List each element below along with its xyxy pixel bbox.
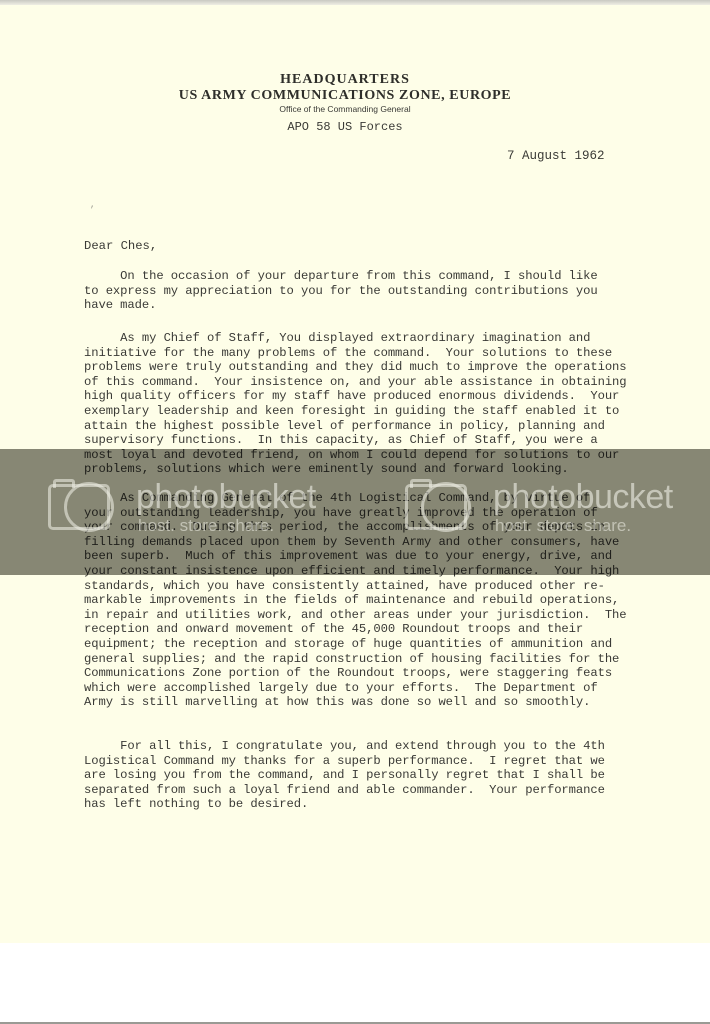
photobucket-watermark-left: photobucket host. store. share. bbox=[48, 482, 338, 542]
photobucket-watermark-right: photobucket host. store. share. bbox=[405, 482, 695, 542]
camera-lens-icon bbox=[64, 482, 114, 532]
paragraph-closing: For all this, I congratulate you, and ex… bbox=[84, 739, 684, 812]
letter-date: 7 August 1962 bbox=[507, 149, 605, 163]
watermark-tagline: host. store. share. bbox=[495, 516, 631, 536]
letterhead: HEADQUARTERS US ARMY COMMUNICATIONS ZONE… bbox=[0, 72, 690, 135]
letterhead-organization: US ARMY COMMUNICATIONS ZONE, EUROPE bbox=[0, 88, 690, 104]
letterhead-office: Office of the Commanding General bbox=[0, 104, 690, 115]
letterhead-apo: APO 58 US Forces bbox=[0, 119, 690, 135]
paragraph-departure: On the occasion of your departure from t… bbox=[84, 269, 684, 313]
letterhead-headquarters: HEADQUARTERS bbox=[0, 72, 690, 88]
salutation: Dear Ches, bbox=[84, 239, 157, 253]
stray-ink-mark: , bbox=[90, 200, 95, 210]
watermark-brand: photobucket bbox=[493, 478, 673, 517]
watermark-brand: photobucket bbox=[136, 478, 316, 517]
camera-lens-icon bbox=[421, 482, 471, 532]
watermark-tagline: host. store. share. bbox=[138, 516, 274, 536]
